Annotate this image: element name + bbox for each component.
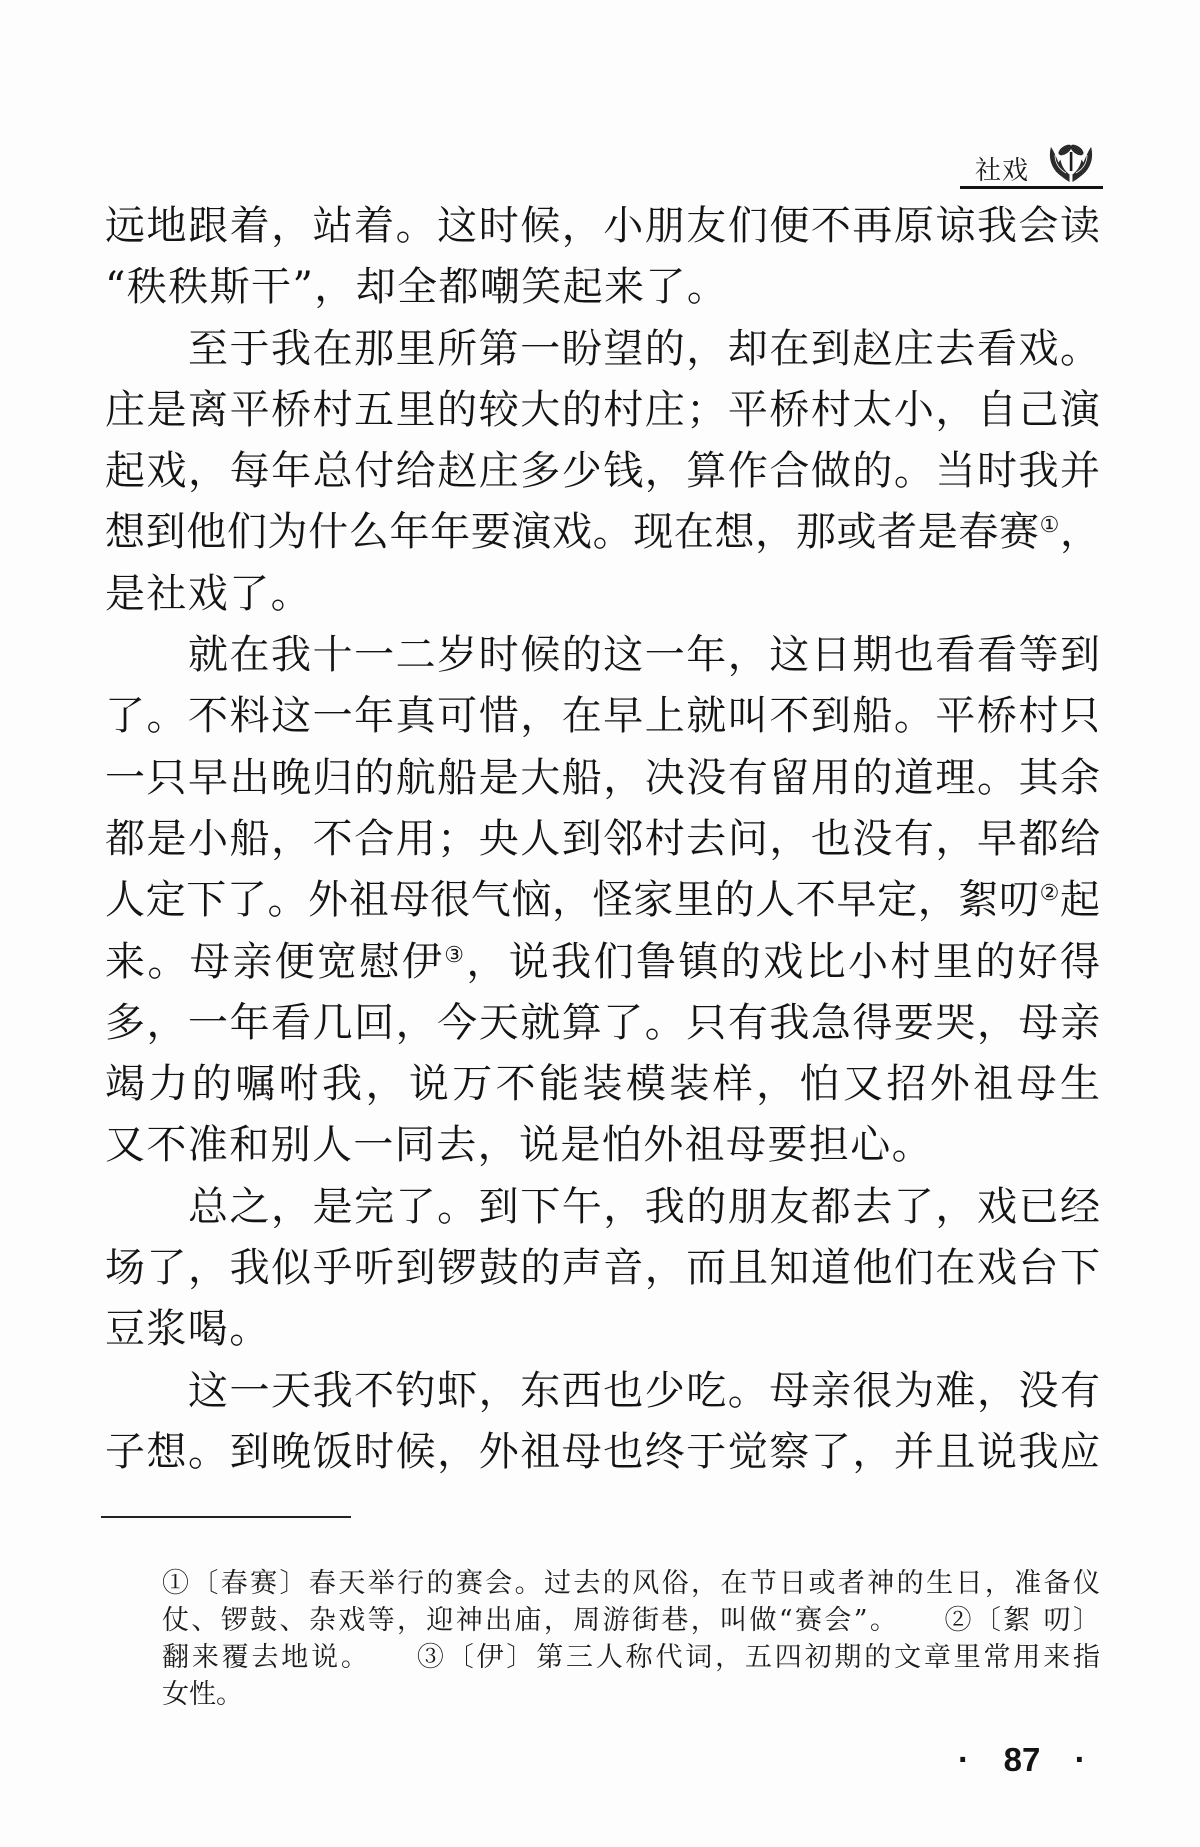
page-number-value: 87: [1004, 1741, 1041, 1779]
text-line: 至于我在那里所第一盼望的，却在到赵庄去看戏。赵: [105, 319, 1100, 380]
text-line: 总之，是完了。到下午，我的朋友都去了，戏已经开: [105, 1177, 1100, 1238]
text-line: 人定下了。外祖母很气恼，怪家里的人不早定，絮叨②起: [105, 870, 1100, 931]
paragraph-3: 就在我十一二岁时候的这一年，这日期也看看等到 了。不料这一年真可惜，在早上就叫不…: [105, 625, 1100, 1177]
footnote-ref-3: ③: [444, 943, 466, 968]
body-text: 远地跟着，站着。这时候，小朋友们便不再原谅我会读 “秩秩斯干”，却全都嘲笑起来了…: [105, 196, 1100, 1483]
footnote-ref-2: ②: [1040, 881, 1060, 906]
text-segment: 想到他们为什么年年要演戏。现在想，那或者是春赛: [105, 509, 1040, 555]
paragraph-5: 这一天我不钓虾，东西也少吃。母亲很为难，没有法 子想。到晚饭时候，外祖母也终于觉…: [105, 1361, 1100, 1484]
text-line: 一只早出晚归的航船是大船，决没有留用的道理。其余的: [105, 748, 1100, 809]
text-line: 这一天我不钓虾，东西也少吃。母亲很为难，没有法: [105, 1361, 1100, 1422]
text-segment: ，: [1060, 509, 1100, 555]
text-line: 了。不料这一年真可惜，在早上就叫不到船。平桥村只有: [105, 686, 1100, 747]
footnote-rule: [101, 1516, 351, 1518]
footnote-ref-1: ①: [1040, 513, 1060, 538]
text-segment: ，说我们鲁镇的戏比小村里的好得: [466, 939, 1100, 985]
footnote-line: 仗、锣鼓、杂戏等，迎神出庙，周游街巷，叫做“赛会”。 ②〔絮 叨〕: [162, 1602, 1100, 1639]
paragraph-2: 至于我在那里所第一盼望的，却在到赵庄去看戏。赵 庄是离平桥村五里的较大的村庄；平…: [105, 319, 1100, 625]
running-head-rule: [960, 186, 1103, 189]
paragraph-4: 总之，是完了。到下午，我的朋友都去了，戏已经开 场了，我似乎听到锣鼓的声音，而且…: [105, 1177, 1100, 1361]
text-line: 都是小船，不合用；央人到邻村去问，也没有，早都给别: [105, 809, 1100, 870]
footnote-line: 翻来覆去地说。 ③〔伊〕第三人称代词，五四初期的文章里常用来指: [162, 1639, 1100, 1676]
text-line: 多，一年看几回，今天就算了。只有我急得要哭，母亲却: [105, 993, 1100, 1054]
text-line: 又不准和别人一同去，说是怕外祖母要担心。: [105, 1115, 1100, 1176]
text-line: “秩秩斯干”，却全都嘲笑起来了。: [105, 257, 1100, 318]
text-line: 庄是离平桥村五里的较大的村庄；平桥村太小，自己演不: [105, 380, 1100, 441]
running-head-title: 社戏: [975, 155, 1029, 187]
text-line: 是社戏了。: [105, 564, 1100, 625]
text-line: 竭力的嘱咐我，说万不能装模装样，怕又招外祖母生气，: [105, 1054, 1100, 1115]
text-line: 想到他们为什么年年要演戏。现在想，那或者是春赛①，: [105, 502, 1100, 563]
text-segment: 人定下了。外祖母很气恼，怪家里的人不早定，絮叨: [105, 877, 1040, 923]
text-line: 来。母亲便宽慰伊③，说我们鲁镇的戏比小村里的好得: [105, 932, 1100, 993]
hands-holding-sprout-icon: [1046, 140, 1096, 185]
text-line: 子想。到晚饭时候，外祖母也终于觉察了，并且说我应当: [105, 1422, 1100, 1483]
footnote-line: 女性。: [162, 1676, 1100, 1713]
text-line: 远地跟着，站着。这时候，小朋友们便不再原谅我会读: [105, 196, 1100, 257]
page-number-left-ornament: ·: [958, 1741, 969, 1780]
footnote-line: ①〔春赛〕春天举行的赛会。过去的风俗，在节日或者神的生日，准备仪: [162, 1565, 1100, 1602]
text-line: 场了，我似乎听到锣鼓的声音，而且知道他们在戏台下买: [105, 1238, 1100, 1299]
text-segment: 起: [1060, 877, 1100, 923]
text-line: 就在我十一二岁时候的这一年，这日期也看看等到: [105, 625, 1100, 686]
book-page: 社戏 远地跟着，站着。这时候，小朋友们便不再原谅我会读 “秩秩斯干”，却全都嘲笑…: [0, 0, 1200, 1847]
text-line: 豆浆喝。: [105, 1299, 1100, 1360]
paragraph-1: 远地跟着，站着。这时候，小朋友们便不再原谅我会读 “秩秩斯干”，却全都嘲笑起来了…: [105, 196, 1100, 319]
page-number-right-ornament: ·: [1075, 1741, 1086, 1780]
page-number: · 87 ·: [958, 1738, 1086, 1782]
text-line: 起戏，每年总付给赵庄多少钱，算作合做的。当时我并不: [105, 441, 1100, 502]
text-segment: 来。母亲便宽慰伊: [105, 939, 444, 985]
footnotes: ①〔春赛〕春天举行的赛会。过去的风俗，在节日或者神的生日，准备仪 仗、锣鼓、杂戏…: [162, 1565, 1100, 1713]
